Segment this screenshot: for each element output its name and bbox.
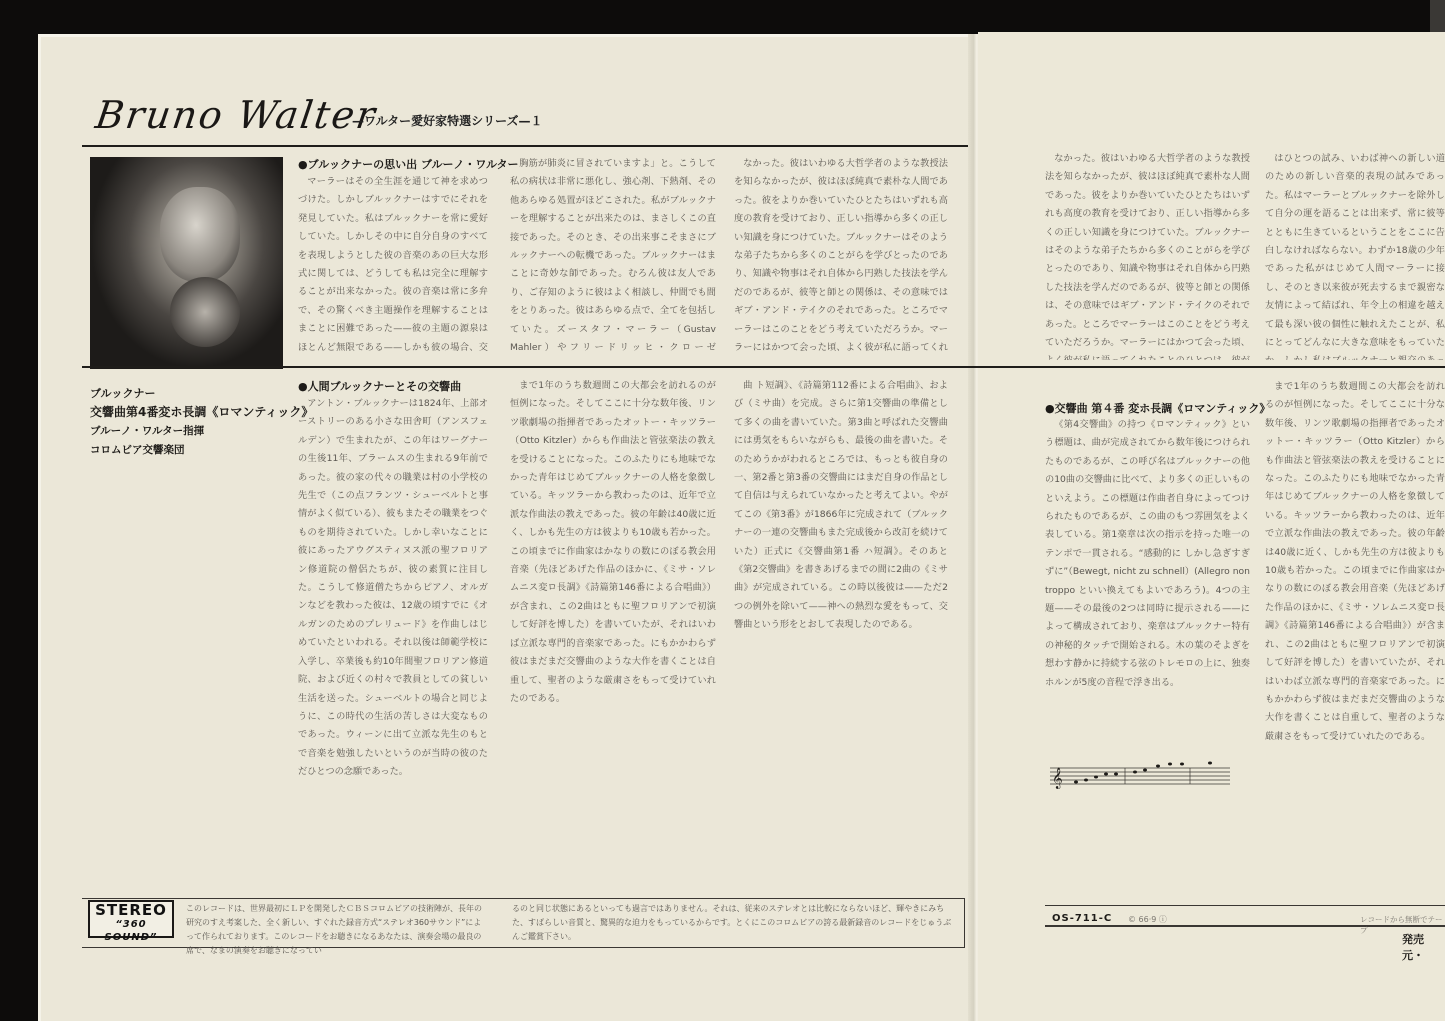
text-column: 《第4交響曲》の持つ《ロマンティック》という標題は、曲が完成されてから数年後につ… [1045,416,1250,756]
series-label: —ワルター愛好家特選シリーズ—１ [352,112,543,129]
musical-score-excerpt: 𝄞 [1050,760,1230,790]
paragraph: まで1年のうち数週間この大都会を訪れるのが恒例になった。そしてここに十分な数年後… [510,377,716,708]
conductor-photo [90,157,283,369]
paragraph: 《第4交響曲》の持つ《ロマンティック》という標題は、曲が完成されてから数年後につ… [1045,416,1250,692]
text-column: なかった。彼はいわゆる大哲学者のような教授法を知らなかったが、彼はほぼ純真で素朴… [1045,150,1250,360]
section-rule [82,366,1445,368]
portrait-hand [170,277,240,347]
section-heading-symphony-4: ●交響曲 第４番 変ホ長調《ロマンティック》 [1045,400,1270,416]
portrait-head [160,187,240,282]
paragraph: なかった。彼はいわゆる大哲学者のような教授法を知らなかったが、彼はほぼ純真で素朴… [734,155,948,359]
section-heading-bruckner-human: ●人間ブルックナーとその交響曲 [298,378,461,394]
composer-name: ブルックナー [90,384,313,403]
text-column: まで1年のうち数週間この大都会を訪れるのが恒例になった。そしてここに十分な数年後… [1265,378,1445,890]
orchestra-credit: コロムビア交響楽団 [90,441,313,460]
logo-line-stereo: STEREO [90,902,172,918]
svg-text:𝄞: 𝄞 [1052,768,1063,789]
catalog-number: OS-711-C [1052,913,1112,924]
album-info: ブルックナー 交響曲第4番変ホ長調《ロマンティック》 ブルーノ・ワルター指揮 コ… [90,384,313,460]
paragraph: まで1年のうち数週間この大都会を訪れるのが恒例になった。そしてここに十分な数年後… [1265,378,1445,746]
text-column: 曲 ト短調》、《詩篇第112番による合唱曲》、および（ミサ曲）を完成。さらに第1… [734,377,948,890]
header-rule [82,145,968,147]
stereo-360-logo: STEREO “360 SOUND” [88,900,174,938]
paragraph: はひとつの試み、いわば神への新しい道のための新しい音楽的表現の試みであった。私は… [1265,150,1445,360]
text-column: アントン・ブルックナーは1824年、上部オーストリーのある小さな田舎町（アンスフ… [298,395,488,890]
paragraph: 胸筋が肺炎に冒されていますよ」と。こうして私の病状は非常に悪化し、強心剤、下熱剤… [510,155,716,359]
paragraph: アントン・ブルックナーは1824年、上部オーストリーのある小さな田舎町（アンスフ… [298,395,488,782]
paragraph: 曲 ト短調》、《詩篇第112番による合唱曲》、および（ミサ曲）を完成。さらに第1… [734,377,948,635]
stereo-notice-text: このレコードは、世界最初にＬＰを開発したＣＢＳコロムビアの技術陣が、長年の研究の… [186,902,482,958]
text-column: まで1年のうち数週間この大都会を訪れるのが恒例になった。そしてここに十分な数年後… [510,377,716,890]
paragraph: なかった。彼はいわゆる大哲学者のような教授法を知らなかったが、彼はほぼ純真で素朴… [1045,150,1250,360]
text-column: 胸筋が肺炎に冒されていますよ」と。こうして私の病状は非常に悪化し、強心剤、下熱剤… [510,155,716,359]
copyright-mark: © 66·9 ⓘ [1128,914,1167,925]
text-column: マーラーはその全生涯を通じて神を求めつづけた。しかしブルックナーはすでにそれを発… [298,173,488,359]
section-heading-memories: ●ブルックナーの思い出 ブルーノ・ワルター [298,156,519,172]
logo-line-360-sound: “360 SOUND” [90,918,172,944]
text-column: はひとつの試み、いわば神への新しい道のための新しい音楽的表現の試みであった。私は… [1265,150,1445,360]
publisher-label: 発売元・ [1402,931,1445,963]
footer-rule [1045,905,1445,906]
work-title: 交響曲第4番変ホ長調《ロマンティック》 [90,403,313,422]
sleeve-edge [1430,0,1445,32]
text-column: なかった。彼はいわゆる大哲学者のような教授法を知らなかったが、彼はほぼ純真で素朴… [734,155,948,359]
bruno-walter-signature: Bruno Walter [93,93,380,137]
paragraph: マーラーはその全生涯を通じて神を求めつづけた。しかしブルックナーはすでにそれを発… [298,173,488,359]
stereo-notice-text-continued: るのと同じ状態にあるといっても過言ではありません。それは、従来のステレオとは比較… [512,902,952,944]
conductor-credit: ブルーノ・ワルター指揮 [90,422,313,441]
